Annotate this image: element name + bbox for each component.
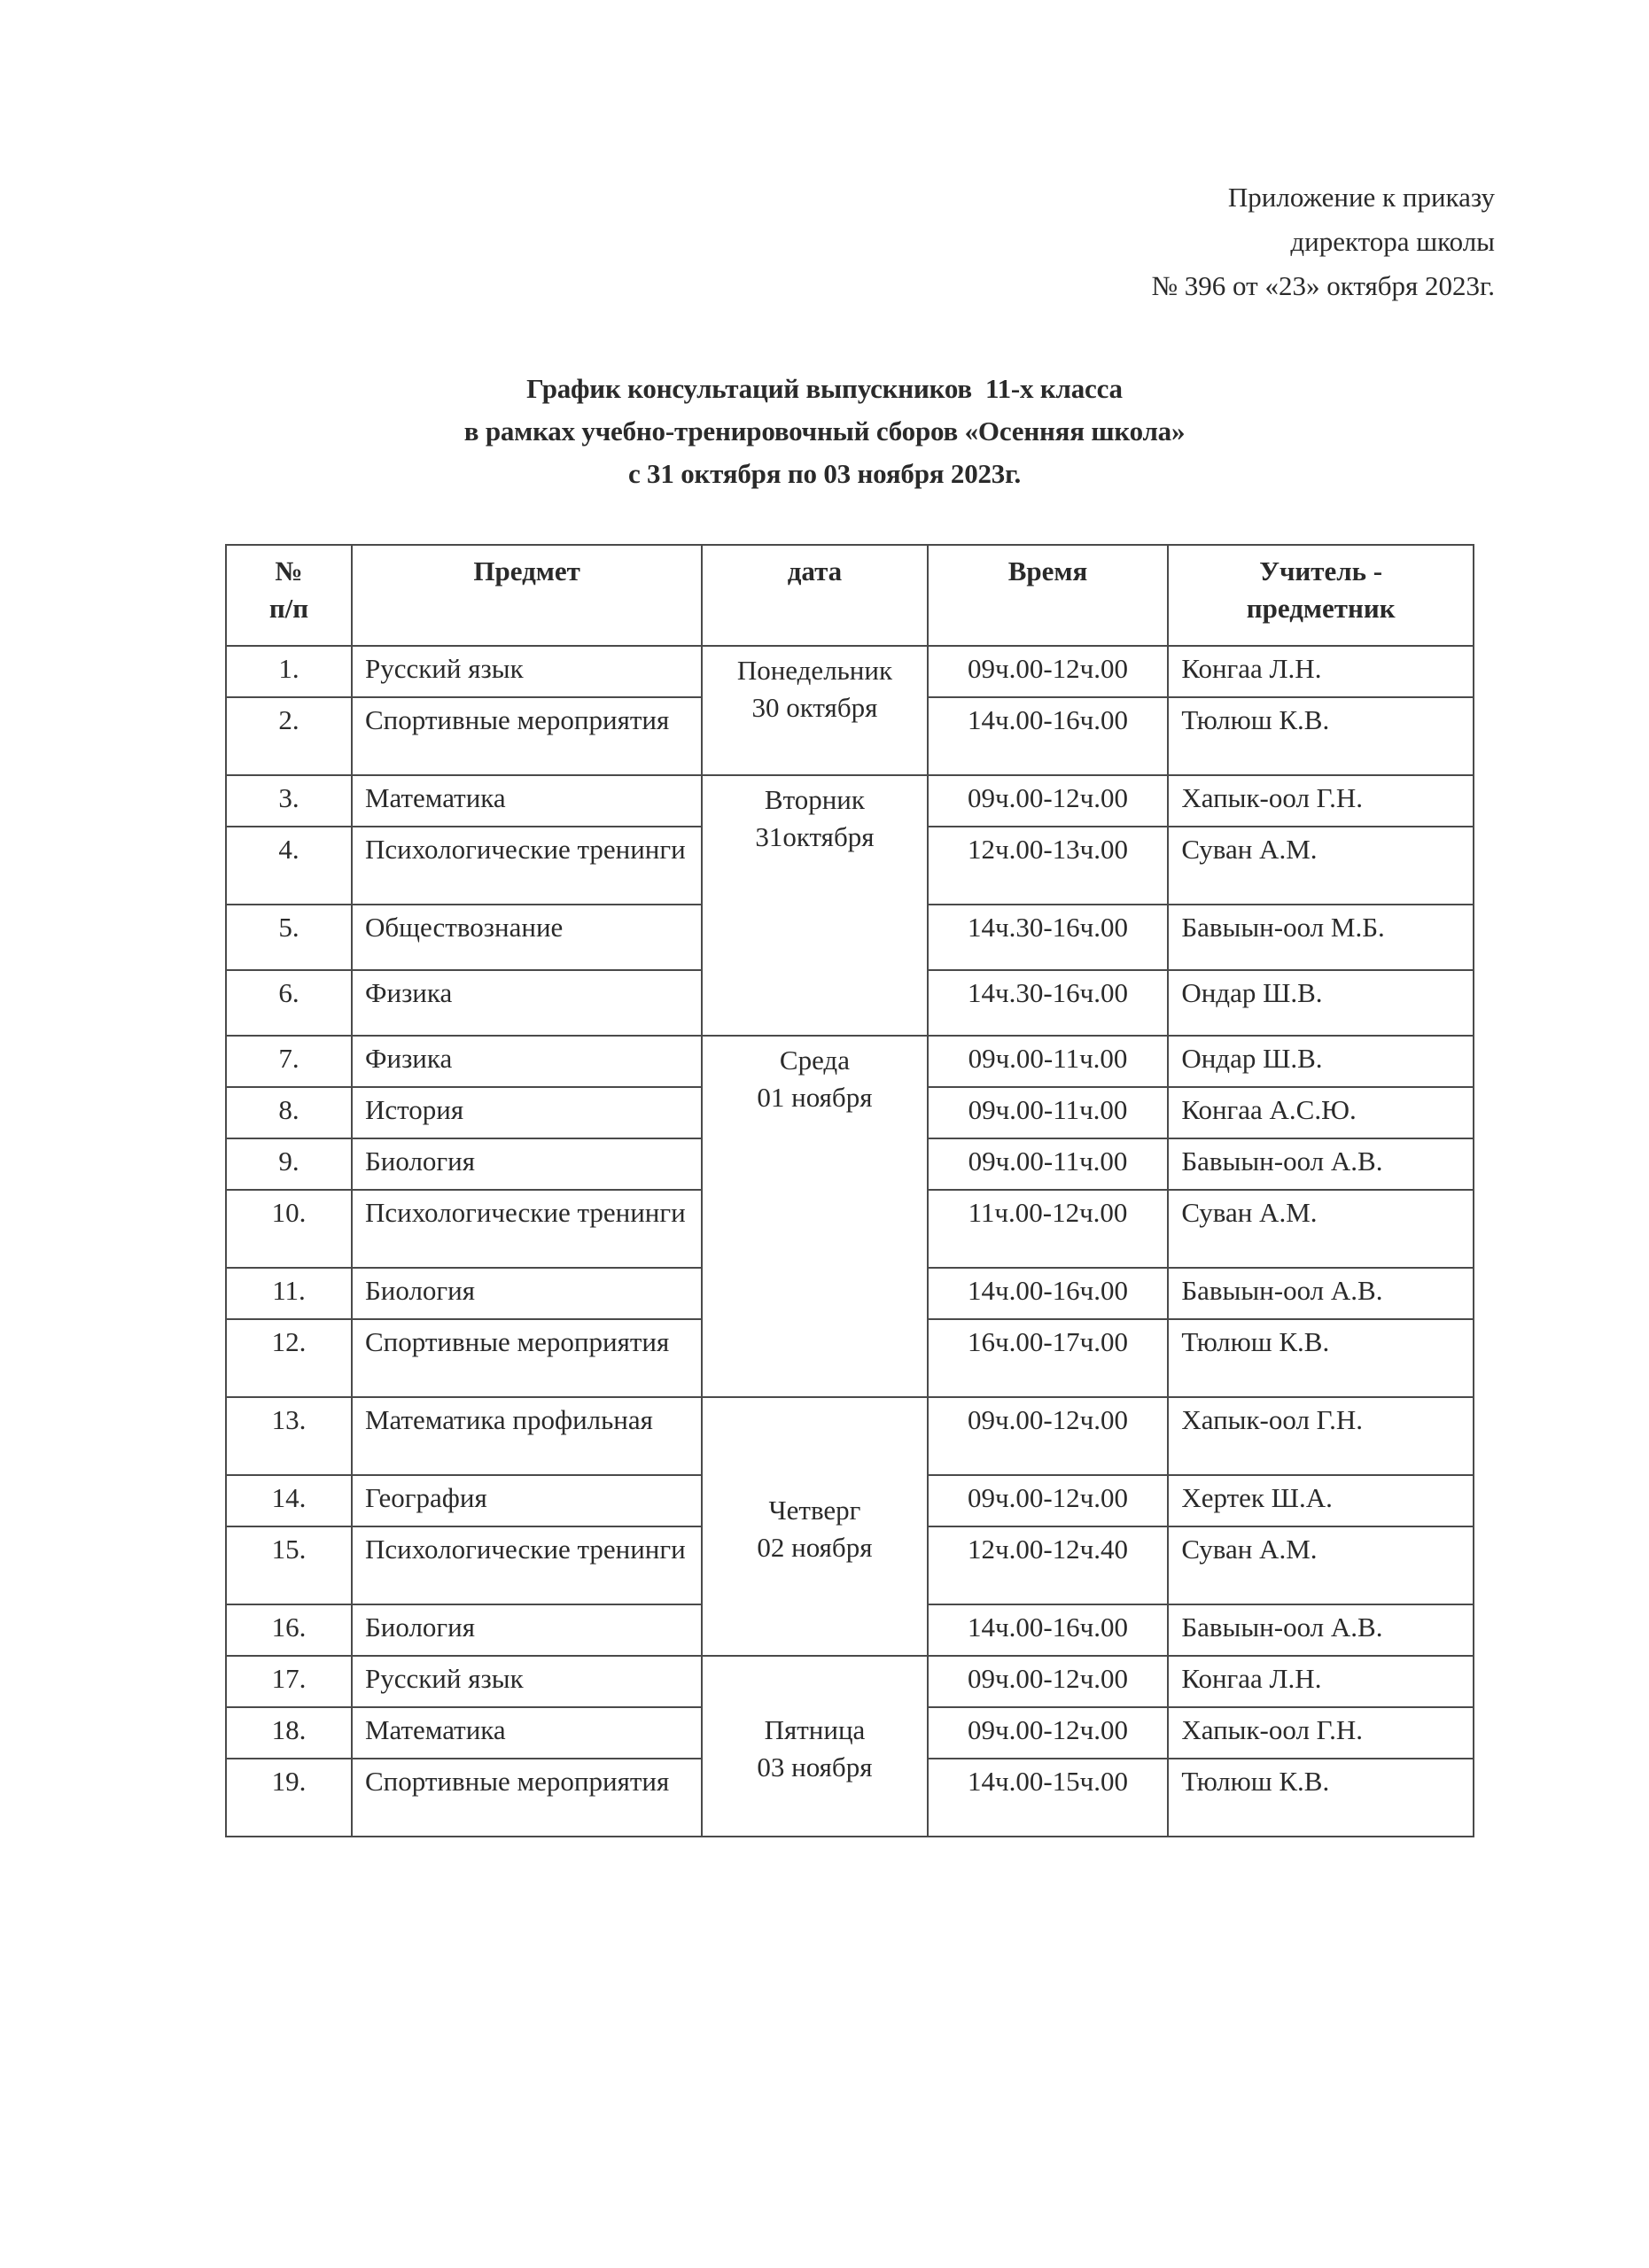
row-day-date: Понедельник30 октября	[702, 646, 927, 775]
row-subject: Физика	[352, 970, 702, 1036]
row-subject: Русский язык	[352, 646, 702, 697]
header-date: дата	[702, 545, 927, 646]
row-number: 7.	[226, 1036, 352, 1087]
row-number: 8.	[226, 1087, 352, 1138]
row-teacher: Конгаа Л.Н.	[1168, 1656, 1474, 1707]
row-time: 14ч.30-16ч.00	[928, 970, 1169, 1036]
row-subject: Спортивные мероприятия	[352, 1759, 702, 1837]
appendix-line-2: директора школы	[1151, 220, 1495, 264]
row-number: 11.	[226, 1268, 352, 1319]
row-day-date: Четверг02 ноября	[702, 1397, 927, 1656]
title-line-1: График консультаций выпускников 11-х кла…	[0, 368, 1649, 410]
row-time: 09ч.00-12ч.00	[928, 1475, 1169, 1526]
row-subject: Психологические тренинги	[352, 1526, 702, 1604]
header-number-line-2: п/п	[227, 590, 351, 627]
appendix-header: Приложение к приказу директора школы № 3…	[1151, 175, 1495, 308]
appendix-line-1: Приложение к приказу	[1151, 175, 1495, 220]
row-number: 16.	[226, 1604, 352, 1656]
row-teacher: Конгаа Л.Н.	[1168, 646, 1474, 697]
row-number: 10.	[226, 1190, 352, 1268]
row-subject: Математика	[352, 1707, 702, 1759]
row-number: 15.	[226, 1526, 352, 1604]
title-line-3: с 31 октября по 03 ноября 2023г.	[0, 453, 1649, 495]
row-day-date: Пятница03 ноября	[702, 1656, 927, 1837]
row-teacher: Бавыын-оол А.В.	[1168, 1138, 1474, 1190]
day-of-week: Четверг	[703, 1492, 926, 1529]
row-subject: Психологические тренинги	[352, 827, 702, 905]
row-teacher: Тюлюш К.В.	[1168, 1759, 1474, 1837]
header-number: № п/п	[226, 545, 352, 646]
row-teacher: Хапык-оол Г.Н.	[1168, 1397, 1474, 1475]
header-time: Время	[928, 545, 1169, 646]
row-time: 12ч.00-12ч.40	[928, 1526, 1169, 1604]
row-teacher: Бавыын-оол А.В.	[1168, 1268, 1474, 1319]
header-teacher: Учитель - предметник	[1168, 545, 1474, 646]
row-subject: Биология	[352, 1604, 702, 1656]
consultation-schedule-table: № п/п Предмет дата Время Учитель - предм…	[225, 544, 1474, 1837]
row-number: 9.	[226, 1138, 352, 1190]
row-subject: Обществознание	[352, 905, 702, 970]
row-subject: Психологические тренинги	[352, 1190, 702, 1268]
table-row: 17.Русский языкПятница03 ноября09ч.00-12…	[226, 1656, 1474, 1707]
row-time: 09ч.00-12ч.00	[928, 1656, 1169, 1707]
row-number: 3.	[226, 775, 352, 827]
row-teacher: Тюлюш К.В.	[1168, 1319, 1474, 1397]
row-time: 14ч.00-16ч.00	[928, 697, 1169, 775]
row-teacher: Бавыын-оол А.В.	[1168, 1604, 1474, 1656]
row-time: 14ч.00-16ч.00	[928, 1604, 1169, 1656]
row-number: 19.	[226, 1759, 352, 1837]
calendar-date: 30 октября	[703, 689, 926, 726]
header-subject: Предмет	[352, 545, 702, 646]
row-time: 09ч.00-12ч.00	[928, 1707, 1169, 1759]
row-time: 12ч.00-13ч.00	[928, 827, 1169, 905]
row-subject: Физика	[352, 1036, 702, 1087]
table-row: 3.МатематикаВторник31октября09ч.00-12ч.0…	[226, 775, 1474, 827]
row-subject: Биология	[352, 1138, 702, 1190]
row-teacher: Суван А.М.	[1168, 1526, 1474, 1604]
day-of-week: Понедельник	[703, 652, 926, 689]
row-number: 5.	[226, 905, 352, 970]
row-teacher: Хапык-оол Г.Н.	[1168, 775, 1474, 827]
row-number: 18.	[226, 1707, 352, 1759]
document-title: График консультаций выпускников 11-х кла…	[0, 368, 1649, 495]
row-time: 09ч.00-12ч.00	[928, 1397, 1169, 1475]
row-number: 12.	[226, 1319, 352, 1397]
row-time: 09ч.00-11ч.00	[928, 1087, 1169, 1138]
header-teacher-line-2: предметник	[1169, 590, 1473, 627]
row-number: 6.	[226, 970, 352, 1036]
day-of-week: Среда	[703, 1042, 926, 1079]
row-day-date: Вторник31октября	[702, 775, 927, 1036]
row-subject: Математика профильная	[352, 1397, 702, 1475]
row-subject: Спортивные мероприятия	[352, 697, 702, 775]
row-subject: Математика	[352, 775, 702, 827]
header-teacher-line-1: Учитель -	[1169, 553, 1473, 590]
row-teacher: Хапык-оол Г.Н.	[1168, 1707, 1474, 1759]
row-time: 11ч.00-12ч.00	[928, 1190, 1169, 1268]
row-time: 09ч.00-11ч.00	[928, 1036, 1169, 1087]
calendar-date: 03 ноября	[703, 1749, 926, 1786]
row-subject: География	[352, 1475, 702, 1526]
row-subject: Спортивные мероприятия	[352, 1319, 702, 1397]
day-of-week: Вторник	[703, 781, 926, 819]
row-teacher: Бавыын-оол М.Б.	[1168, 905, 1474, 970]
row-teacher: Суван А.М.	[1168, 1190, 1474, 1268]
table-body: 1.Русский языкПонедельник30 октября09ч.0…	[226, 646, 1474, 1837]
row-subject: История	[352, 1087, 702, 1138]
header-number-line-1: №	[227, 553, 351, 590]
row-teacher: Ондар Ш.В.	[1168, 970, 1474, 1036]
calendar-date: 02 ноября	[703, 1529, 926, 1566]
row-time: 09ч.00-12ч.00	[928, 775, 1169, 827]
row-number: 4.	[226, 827, 352, 905]
table-row: 7.ФизикаСреда01 ноября09ч.00-11ч.00Ондар…	[226, 1036, 1474, 1087]
row-time: 16ч.00-17ч.00	[928, 1319, 1169, 1397]
row-time: 09ч.00-11ч.00	[928, 1138, 1169, 1190]
row-time: 14ч.00-16ч.00	[928, 1268, 1169, 1319]
row-teacher: Суван А.М.	[1168, 827, 1474, 905]
row-number: 14.	[226, 1475, 352, 1526]
row-number: 13.	[226, 1397, 352, 1475]
row-subject: Русский язык	[352, 1656, 702, 1707]
row-subject: Биология	[352, 1268, 702, 1319]
row-number: 1.	[226, 646, 352, 697]
row-time: 14ч.30-16ч.00	[928, 905, 1169, 970]
table-header-row: № п/п Предмет дата Время Учитель - предм…	[226, 545, 1474, 646]
row-number: 17.	[226, 1656, 352, 1707]
row-day-date: Среда01 ноября	[702, 1036, 927, 1397]
appendix-line-3: № 396 от «23» октября 2023г.	[1151, 264, 1495, 308]
row-teacher: Конгаа А.С.Ю.	[1168, 1087, 1474, 1138]
row-teacher: Тюлюш К.В.	[1168, 697, 1474, 775]
row-time: 14ч.00-15ч.00	[928, 1759, 1169, 1837]
calendar-date: 01 ноября	[703, 1079, 926, 1116]
row-time: 09ч.00-12ч.00	[928, 646, 1169, 697]
table-row: 1.Русский языкПонедельник30 октября09ч.0…	[226, 646, 1474, 697]
row-teacher: Хертек Ш.А.	[1168, 1475, 1474, 1526]
calendar-date: 31октября	[703, 819, 926, 856]
title-line-2: в рамках учебно-тренировочный сборов «Ос…	[0, 410, 1649, 453]
day-of-week: Пятница	[703, 1712, 926, 1749]
row-teacher: Ондар Ш.В.	[1168, 1036, 1474, 1087]
table-row: 13.Математика профильнаяЧетверг02 ноября…	[226, 1397, 1474, 1475]
row-number: 2.	[226, 697, 352, 775]
